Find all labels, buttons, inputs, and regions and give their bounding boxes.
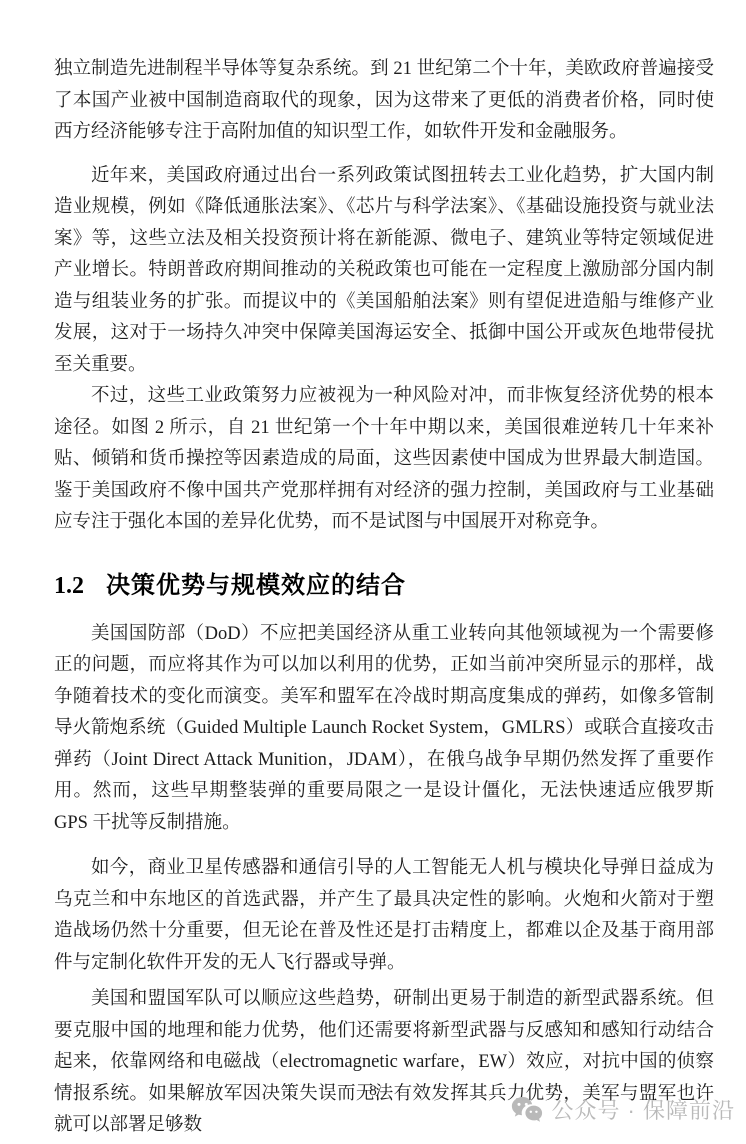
wechat-icon [511, 1096, 543, 1123]
watermark: 公众号 · 保障前沿 [511, 1094, 735, 1125]
section-title: 决策优势与规模效应的结合 [106, 572, 406, 599]
watermark-text: 公众号 · 保障前沿 [551, 1094, 735, 1125]
page-number: 8 [369, 1083, 377, 1099]
body-paragraph: 美国国防部（DoD）不应把美国经济从重工业转向其他领域视为一个需要修正的问题，而… [54, 619, 714, 840]
body-paragraph: 不过，这些工业政策努力应被视为一种风险对冲，而非恢复经济优势的根本途径。如图 2… [54, 381, 714, 539]
document-page: 独立制造先进制程半导体等复杂系统。到 21 世纪第二个十年，美欧政府普遍接受了本… [0, 0, 746, 1144]
page-body: 独立制造先进制程半导体等复杂系统。到 21 世纪第二个十年，美欧政府普遍接受了本… [54, 0, 714, 1142]
section-number: 1.2 [54, 573, 84, 599]
body-paragraph: 独立制造先进制程半导体等复杂系统。到 21 世纪第二个十年，美欧政府普遍接受了本… [54, 54, 714, 149]
body-paragraph: 如今，商业卫星传感器和通信引导的人工智能无人机与模块化导弹日益成为乌克兰和中东地… [54, 853, 714, 979]
body-paragraph: 近年来，美国政府通过出台一系列政策试图扭转去工业化趋势，扩大国内制造业规模，例如… [54, 161, 714, 382]
section-heading: 1.2决策优势与规模效应的结合 [54, 569, 714, 603]
